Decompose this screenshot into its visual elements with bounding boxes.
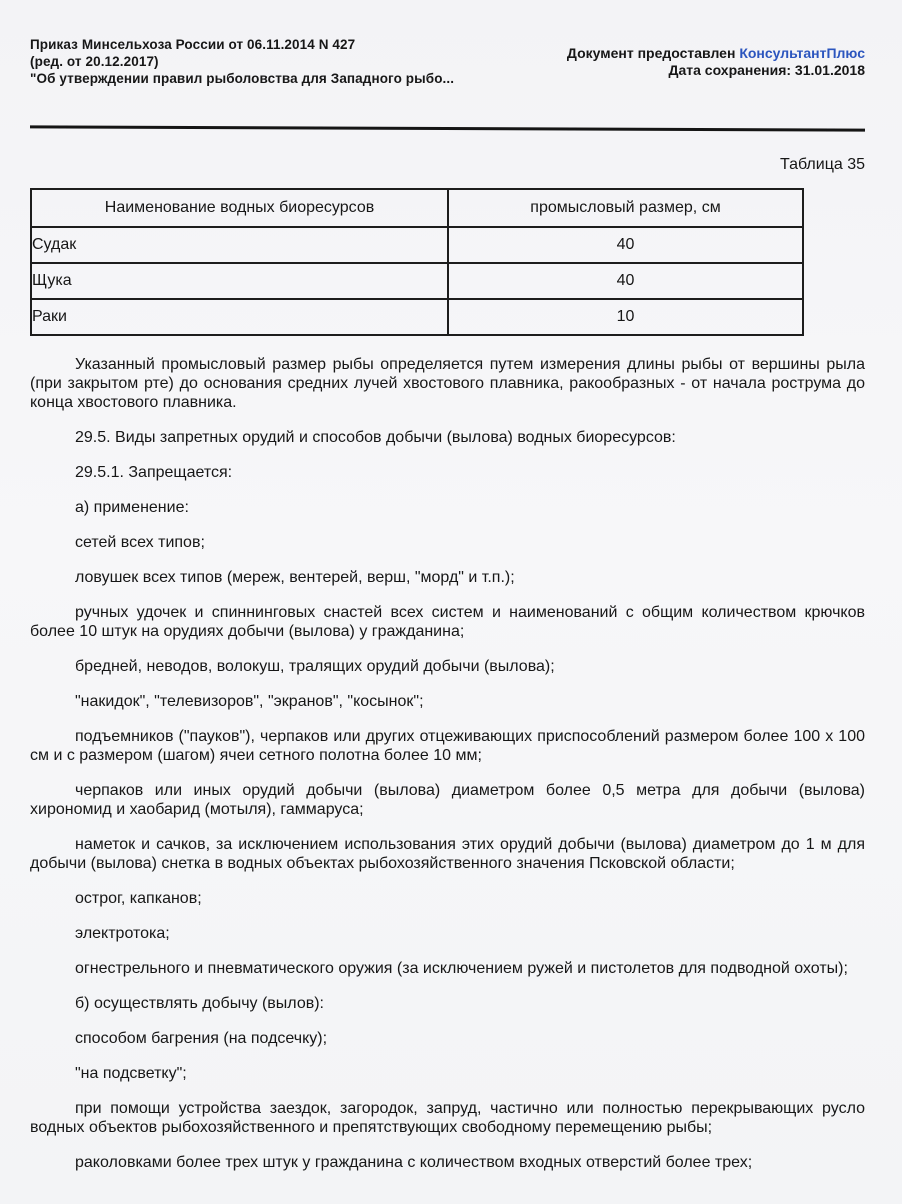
paragraph: черпаков или иных орудий добычи (вылова)… [30, 781, 865, 819]
paragraph: огнестрельного и пневматического оружия … [30, 959, 865, 978]
paragraph: "накидок", "телевизоров", "экранов", "ко… [30, 692, 865, 711]
paragraph-section-29-5: 29.5. Виды запретных орудий и способов д… [30, 428, 865, 447]
document-page: Приказ Минсельхоза России от 06.11.2014 … [0, 0, 902, 1204]
paragraph: "на подсветку"; [30, 1064, 865, 1083]
paragraph-item-b: б) осуществлять добычу (вылов): [30, 994, 865, 1013]
species-name: Щука [31, 263, 448, 299]
species-size: 10 [448, 299, 803, 335]
paragraph: ловушек всех типов (мереж, вентерей, вер… [30, 568, 865, 587]
paragraph: способом багрения (на подсечку); [30, 1029, 865, 1048]
paragraph: при помощи устройства заездок, загородок… [30, 1099, 865, 1137]
paragraph: сетей всех типов; [30, 533, 865, 552]
species-name: Судак [31, 227, 448, 263]
table-row: Судак 40 [31, 227, 803, 263]
document-title-block: Приказ Минсельхоза России от 06.11.2014 … [30, 36, 454, 87]
paragraph-measurement-note: Указанный промысловый размер рыбы опреде… [30, 355, 865, 412]
size-limits-table: Наименование водных биоресурсов промысло… [30, 188, 804, 336]
paragraph: ручных удочек и спиннинговых снастей все… [30, 603, 865, 641]
paragraph-item-a: а) применение: [30, 498, 865, 517]
horizontal-divider [30, 125, 865, 131]
species-size: 40 [448, 227, 803, 263]
paragraph-section-29-5-1: 29.5.1. Запрещается: [30, 463, 865, 482]
paragraph: наметок и сачков, за исключением использ… [30, 835, 865, 873]
species-name: Раки [31, 299, 448, 335]
paragraph: электротока; [30, 924, 865, 943]
doc-title-line-1: Приказ Минсельхоза России от 06.11.2014 … [30, 36, 454, 53]
doc-title-line-2: (ред. от 20.12.2017) [30, 53, 454, 70]
document-body: Указанный промысловый размер рыбы опреде… [30, 355, 865, 1172]
table-row: Щука 40 [31, 263, 803, 299]
doc-title-line-3: "Об утверждении правил рыболовства для З… [30, 70, 454, 87]
saved-date: Дата сохранения: 31.01.2018 [567, 62, 865, 79]
table-caption: Таблица 35 [30, 156, 865, 174]
table-header-size: промысловый размер, см [448, 189, 803, 227]
table-row: Раки 10 [31, 299, 803, 335]
provider-block: Документ предоставлен КонсультантПлюс Да… [567, 36, 865, 79]
provider-prefix: Документ предоставлен [567, 45, 739, 61]
paragraph: бредней, неводов, волокуш, тралящих оруд… [30, 657, 865, 676]
table-header-row: Наименование водных биоресурсов промысло… [31, 189, 803, 227]
paragraph: подъемников ("пауков"), черпаков или дру… [30, 727, 865, 765]
consultantplus-link[interactable]: КонсультантПлюс [739, 45, 865, 61]
table-header-name: Наименование водных биоресурсов [31, 189, 448, 227]
provider-line: Документ предоставлен КонсультантПлюс [567, 45, 865, 62]
paragraph: раколовками более трех штук у гражданина… [30, 1153, 865, 1172]
document-header: Приказ Минсельхоза России от 06.11.2014 … [30, 36, 865, 87]
paragraph: острог, капканов; [30, 889, 865, 908]
species-size: 40 [448, 263, 803, 299]
